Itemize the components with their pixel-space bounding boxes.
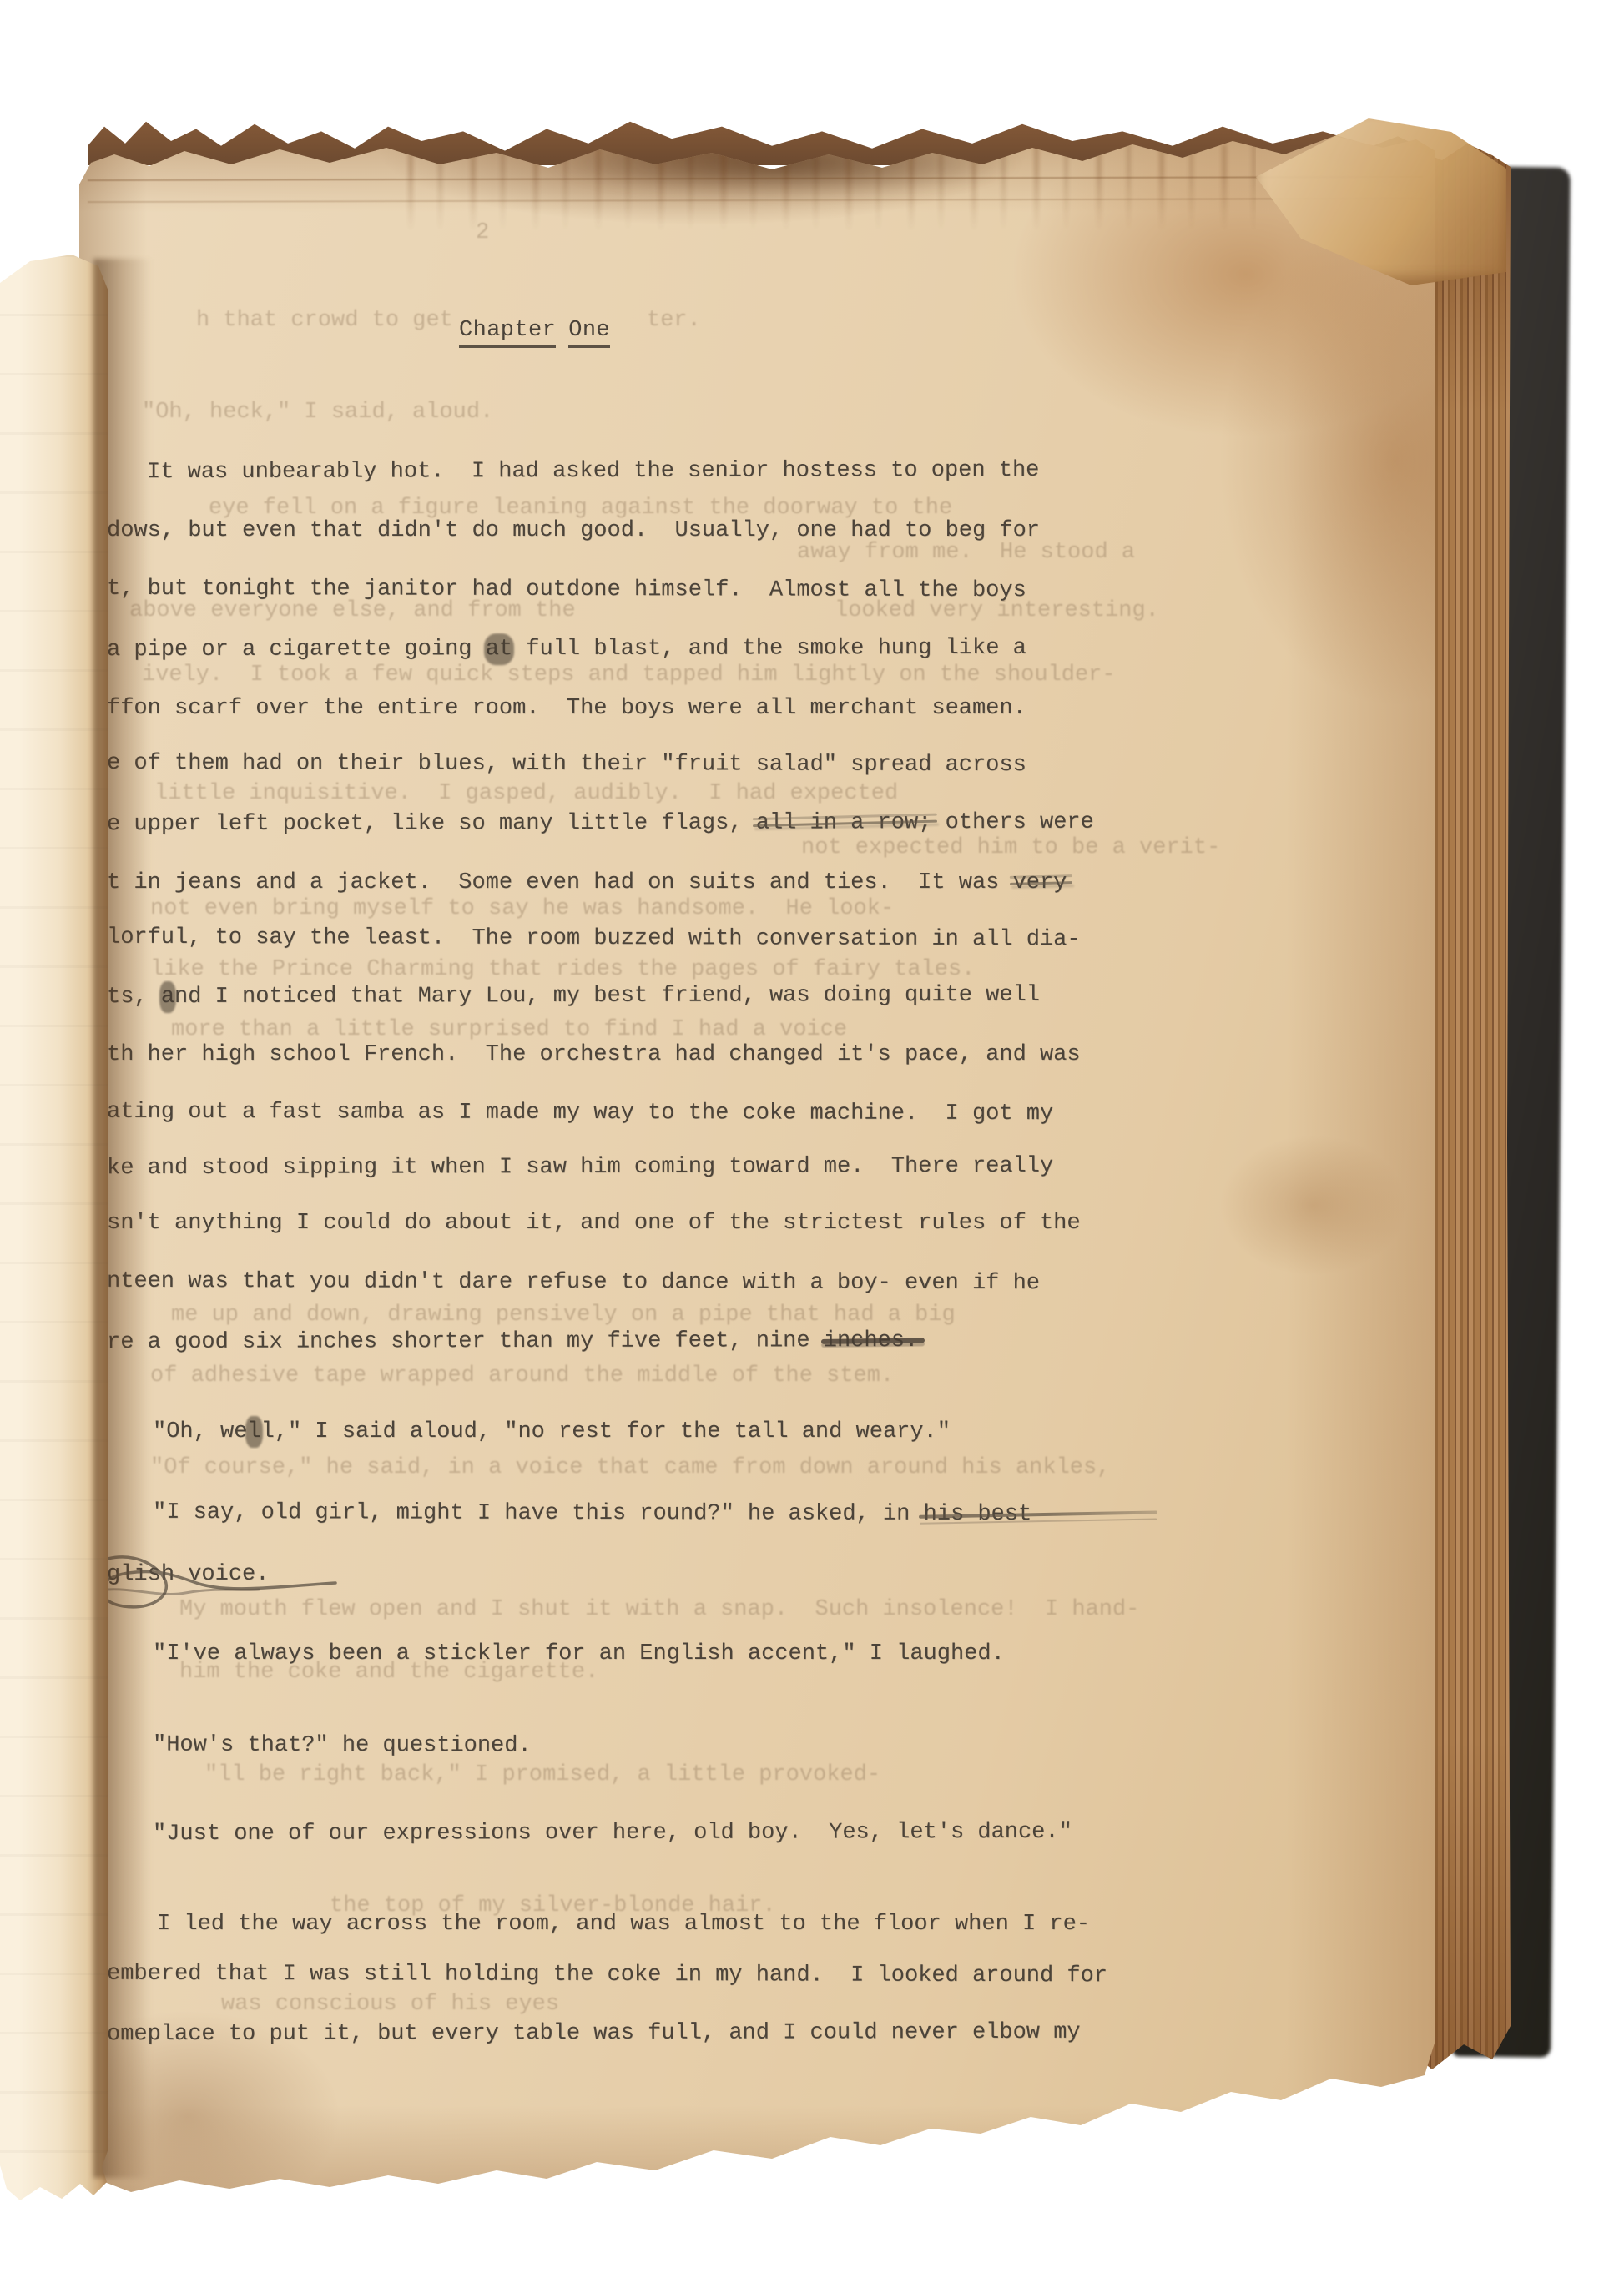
typed-text: lorful, to say the least. The room buzze…	[107, 924, 1081, 954]
left-page-edge	[0, 255, 108, 2203]
typed-line: It was unbearably hot. I had asked the s…	[147, 456, 1039, 486]
ghost-line: not even bring myself to say he was hand…	[150, 895, 894, 923]
typed-line: nteen was that you didn't dare refuse to…	[107, 1268, 1040, 1298]
ghost-line: ter.	[647, 306, 701, 335]
typed-text: "I've always been a stickler for an Engl…	[153, 1640, 1005, 1668]
typed-line: dows, but even that didn't do much good.…	[107, 517, 1040, 545]
ghost-line: h that crowd to get	[196, 306, 453, 335]
pencil-strikethrough-text: inches.	[824, 1327, 918, 1355]
typed-line: ffon scarf over the entire room. The boy…	[107, 694, 1026, 723]
ghost-line: like the Prince Charming that rides the …	[150, 955, 975, 984]
manuscript-photo: ChapterOne 2h that crowd to getter."Oh, …	[0, 0, 1624, 2273]
ghost-line: ively. I took a few quick steps and tapp…	[142, 661, 1116, 689]
typed-line: "Just one of our expressions over here, …	[153, 1818, 1072, 1848]
overtyped-correction: at	[486, 635, 512, 663]
manuscript-page: ChapterOne 2h that crowd to getter."Oh, …	[79, 129, 1435, 2199]
stain-drips	[380, 144, 1256, 232]
typed-line: lorful, to say the least. The room buzze…	[107, 924, 1081, 954]
typed-line: re a good six inches shorter than my fiv…	[107, 1327, 918, 1357]
page-title: ChapterOne	[459, 318, 610, 343]
typed-text: ffon scarf over the entire room. The boy…	[107, 694, 1026, 723]
typed-text: t in jeans and a jacket. Some even had o…	[107, 869, 1013, 897]
ghost-line: was conscious of his eyes	[221, 1990, 559, 2018]
typed-line: "How's that?" he questioned.	[153, 1731, 532, 1761]
typed-text: dows, but even that didn't do much good.…	[107, 517, 1040, 545]
typed-text: "Oh, we	[153, 1418, 247, 1446]
typed-line: ke and stood sipping it when I saw him c…	[107, 1152, 1053, 1182]
ghost-line: "Of course," he said, in a voice that ca…	[150, 1454, 1110, 1482]
ghost-line: not expected him to be a verit-	[801, 834, 1220, 862]
typed-text: "Just one of our expressions over here, …	[153, 1818, 1072, 1848]
title-word: One	[568, 318, 610, 348]
typed-text: ts,	[107, 983, 161, 1011]
typed-line: I led the way across the room, and was a…	[157, 1910, 1090, 1938]
pencil-strikethrough-text: all in a row;	[756, 809, 932, 837]
typed-text: re a good six inches shorter than my fiv…	[107, 1327, 824, 1357]
typed-line: omeplace to put it, but every table was …	[107, 2018, 1081, 2049]
typed-text: I led the way across the room, and was a…	[157, 1910, 1090, 1938]
ghost-line: little inquisitive. I gasped, audibly. I…	[154, 779, 898, 808]
typed-line: "I say, old girl, might I have this roun…	[153, 1499, 1031, 1529]
ghost-line: of adhesive tape wrapped around the midd…	[150, 1362, 894, 1390]
ghost-line: me up and down, drawing pensively on a p…	[171, 1301, 956, 1329]
typed-line: embered that I was still holding the cok…	[107, 1960, 1107, 1991]
typed-text: a pipe or a cigarette going	[107, 635, 486, 664]
typed-text: th her high school French. The orchestra…	[107, 1041, 1081, 1069]
ghost-line: more than a little surprised to find I h…	[171, 1016, 847, 1044]
title-word: Chapter	[459, 318, 556, 348]
typed-line: e upper left pocket, like so many little…	[107, 809, 1094, 839]
typed-text: t, but tonight the janitor had outdone h…	[107, 575, 1026, 605]
typed-text: sn't anything I could do about it, and o…	[107, 1209, 1081, 1237]
typed-line: ating out a fast samba as I made my way …	[107, 1098, 1053, 1128]
ghost-line: "Oh, heck," I said, aloud.	[142, 398, 493, 426]
pencil-strikethrough-text: very	[1013, 869, 1067, 897]
typed-text: "How's that?" he questioned.	[153, 1731, 532, 1761]
typed-line: "I've always been a stickler for an Engl…	[153, 1640, 1005, 1668]
typed-text: e upper left pocket, like so many little…	[107, 809, 756, 839]
typed-text: nteen was that you didn't dare refuse to…	[107, 1268, 1040, 1298]
typed-text: ke and stood sipping it when I saw him c…	[107, 1152, 1053, 1182]
typed-text: omeplace to put it, but every table was …	[107, 2018, 1081, 2049]
typed-line: "Oh, well," I said aloud, "no rest for t…	[153, 1418, 951, 1446]
typed-line: ts, and I noticed that Mary Lou, my best…	[107, 981, 1040, 1011]
typed-text: It was unbearably hot. I had asked the s…	[147, 456, 1039, 486]
typed-text: nd I noticed that Mary Lou, my best frie…	[174, 981, 1040, 1011]
typed-text: embered that I was still holding the cok…	[107, 1960, 1107, 1991]
typed-text: l," I said aloud, "no rest for the tall …	[261, 1418, 951, 1446]
ghost-line: "ll be right back," I promised, a little…	[204, 1761, 880, 1789]
ghost-page-number: 2	[476, 219, 489, 247]
typed-text: others were	[931, 809, 1094, 837]
typed-text: e of them had on their blues, with their…	[107, 749, 1026, 779]
typed-line: t in jeans and a jacket. Some even had o…	[107, 869, 1067, 897]
typed-line: th her high school French. The orchestra…	[107, 1041, 1081, 1069]
overtyped-correction: l	[247, 1418, 260, 1446]
pencil-strikethrough-text: his best	[924, 1500, 1032, 1529]
typed-line: a pipe or a cigarette going at full blas…	[107, 634, 1026, 664]
typed-line: sn't anything I could do about it, and o…	[107, 1209, 1081, 1237]
typed-text: ating out a fast samba as I made my way …	[107, 1098, 1053, 1128]
typed-line: t, but tonight the janitor had outdone h…	[107, 575, 1026, 605]
typed-text: "I say, old girl, might I have this roun…	[153, 1499, 924, 1529]
overtyped-correction: a	[161, 983, 174, 1011]
typed-line: e of them had on their blues, with their…	[107, 749, 1026, 779]
typed-text: full blast, and the smoke hung like a	[512, 634, 1026, 663]
